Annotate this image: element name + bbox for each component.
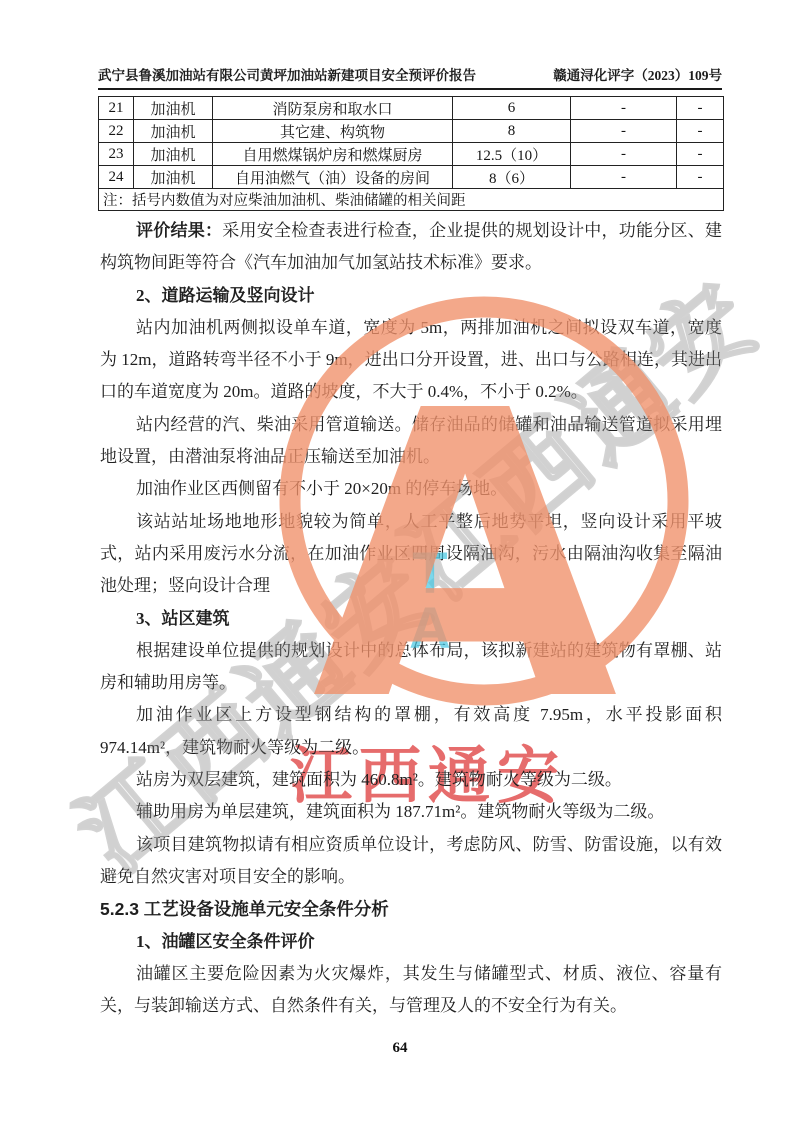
table-cell: 消防泵房和取水口: [213, 97, 453, 120]
logo-letter-a: A: [312, 328, 621, 708]
table-cell: -: [571, 97, 677, 120]
paragraph-evaluation-result: 评价结果：采用安全检查表进行检查，企业提供的规划设计中，功能分区、建构筑物间距等…: [100, 215, 722, 280]
table-cell: 8（6）: [453, 166, 571, 189]
table-cell: 加油机: [134, 120, 213, 143]
table-cell: -: [677, 97, 724, 120]
table-cell: 加油机: [134, 166, 213, 189]
table-cell: 8: [453, 120, 571, 143]
table-row: 21 加油机 消防泵房和取水口 6 - -: [99, 97, 724, 120]
table-row: 22 加油机 其它建、构筑物 8 - -: [99, 120, 724, 143]
header-document-number: 赣通浔化评字（2023）109号: [553, 64, 722, 84]
table-cell: 22: [99, 120, 134, 143]
page-number: 64: [0, 1040, 800, 1057]
table-cell: 自用燃煤锅炉房和燃煤厨房: [213, 143, 453, 166]
table-cell: 12.5（10）: [453, 143, 571, 166]
table-cell: 加油机: [134, 97, 213, 120]
table-cell: -: [677, 120, 724, 143]
paragraph-station-house: 站房为双层建筑，建筑面积为 460.8m²。建筑物耐火等级为二级。: [100, 764, 722, 796]
table-cell: 6: [453, 97, 571, 120]
paragraph-auxiliary-room: 辅助用房为单层建筑，建筑面积为 187.71m²。建筑物耐火等级为二级。: [100, 796, 722, 828]
table-note: 注：括号内数值为对应柴油加油机、柴油储罐的相关间距: [99, 189, 724, 211]
table-cell: -: [571, 166, 677, 189]
report-page: 武宁县鲁溪加油站有限公司黄坪加油站新建项目安全预评价报告 赣通浔化评字（2023…: [0, 0, 800, 1131]
table-cell: 24: [99, 166, 134, 189]
table-row: 24 加油机 自用油燃气（油）设备的房间 8（6） - -: [99, 166, 724, 189]
table-cell: 自用油燃气（油）设备的房间: [213, 166, 453, 189]
table-cell: 21: [99, 97, 134, 120]
heading-tank-area: 1、油罐区安全条件评价: [100, 926, 722, 958]
table-cell: -: [677, 143, 724, 166]
tongan-logo-icon: A: [277, 294, 691, 713]
table-row: 注：括号内数值为对应柴油加油机、柴油储罐的相关间距: [99, 189, 724, 211]
table-cell: 23: [99, 143, 134, 166]
page-header: 武宁县鲁溪加油站有限公司黄坪加油站新建项目安全预评价报告 赣通浔化评字（2023…: [98, 64, 722, 90]
heading-section-523: 5.2.3 工艺设备设施单元安全条件分析: [100, 893, 722, 925]
header-report-title: 武宁县鲁溪加油站有限公司黄坪加油站新建项目安全预评价报告: [98, 64, 476, 84]
table-cell: 加油机: [134, 143, 213, 166]
evaluation-result-label: 评价结果：: [136, 221, 222, 240]
table-cell: -: [677, 166, 724, 189]
table-cell: -: [571, 120, 677, 143]
safety-distance-table: 21 加油机 消防泵房和取水口 6 - - 22 加油机 其它建、构筑物 8 -…: [98, 96, 724, 211]
paragraph-tank-risk: 油罐区主要危险因素为火灾爆炸，其发生与储罐型式、材质、液位、容量有关，与装卸输送…: [100, 958, 722, 1023]
table-cell: 其它建、构筑物: [213, 120, 453, 143]
paragraph-design-qualification: 该项目建筑物拟请有相应资质单位设计，考虑防风、防雪、防雷设施，以有效避免自然灾害…: [100, 829, 722, 894]
table-row: 23 加油机 自用燃煤锅炉房和燃煤厨房 12.5（10） - -: [99, 143, 724, 166]
table-cell: -: [571, 143, 677, 166]
